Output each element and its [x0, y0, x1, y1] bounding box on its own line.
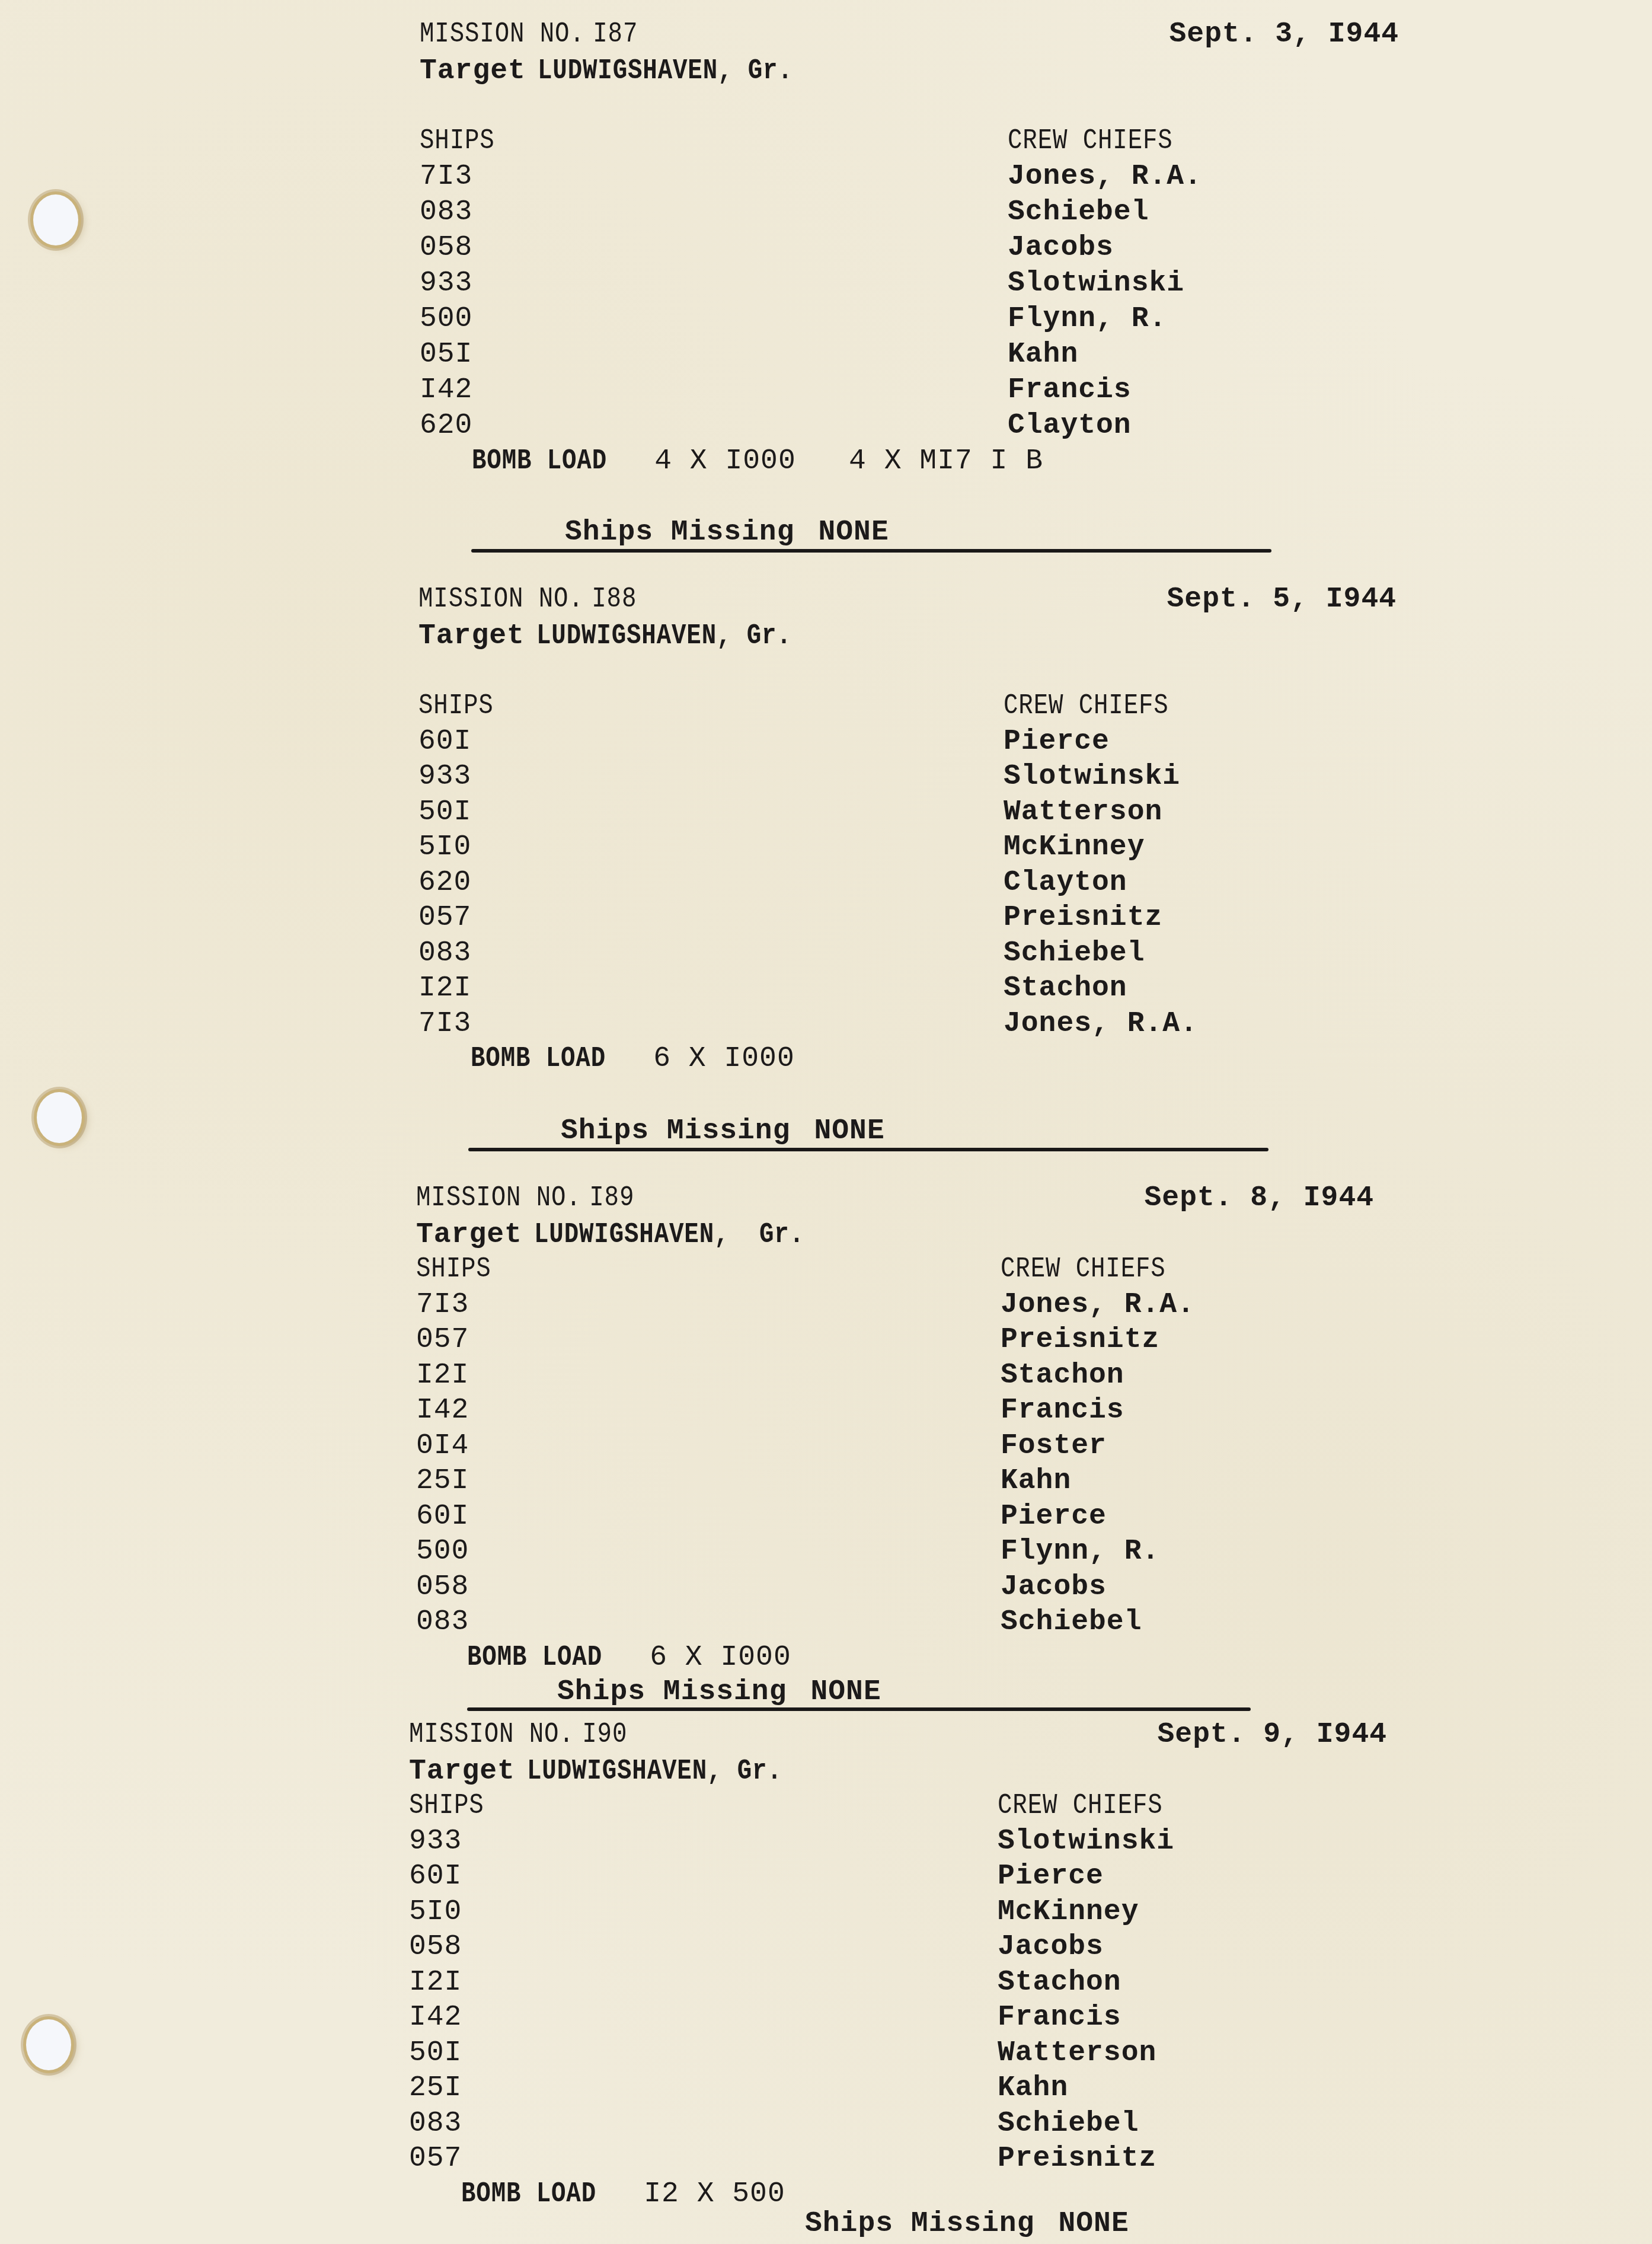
- ship-number: 50I: [409, 2036, 462, 2070]
- crew-chief-name: Preisnitz: [1001, 1323, 1159, 1356]
- section-divider: [471, 549, 1271, 553]
- crew-chief-name: Francis: [1001, 1394, 1124, 1427]
- crew-chief-name: Jones, R.A.: [1008, 160, 1202, 193]
- crew-chief-name: Jacobs: [1008, 231, 1114, 264]
- crew-chief-name: Watterson: [1004, 796, 1162, 829]
- ship-number: 083: [416, 1605, 469, 1639]
- crew-chief-name: Stachon: [998, 1966, 1121, 1999]
- mission-number: I90: [582, 1719, 627, 1751]
- ship-number: 7I3: [416, 1288, 469, 1321]
- ship-number: 7I3: [420, 160, 472, 193]
- bomb-load-label: BOMB LOAD: [461, 2178, 596, 2211]
- ship-number: 60I: [416, 1500, 469, 1533]
- ships-column-header: SHIPS: [418, 690, 494, 723]
- mission-label: MISSION NO.: [420, 18, 585, 50]
- target-line: TargetLUDWIGSHAVEN, Gr.: [418, 620, 837, 653]
- crew-chief-name: Slotwinski: [1004, 760, 1180, 793]
- target-label: Target: [409, 1755, 515, 1787]
- ships-column-header: SHIPS: [420, 125, 495, 158]
- crew-chief-name: Schiebel: [1001, 1605, 1142, 1639]
- bomb-load-value: I2 X 500: [644, 2178, 785, 2210]
- mission-number: I89: [589, 1182, 634, 1214]
- ship-number: I42: [416, 1394, 469, 1427]
- mission-header: MISSION NO.I89: [416, 1182, 634, 1215]
- ships-missing-label: Ships Missing: [557, 1676, 787, 1708]
- ship-number: 057: [409, 2142, 462, 2175]
- crew-chief-name: Watterson: [998, 2036, 1156, 2070]
- crew-chief-name: Clayton: [1004, 866, 1127, 899]
- ship-number: 05I: [420, 338, 472, 371]
- ship-number: 057: [416, 1323, 469, 1356]
- crew-chief-name: Francis: [998, 2001, 1121, 2034]
- ships-column-header: SHIPS: [409, 1789, 484, 1822]
- binder-hole-bottom: [26, 2019, 71, 2070]
- ship-number: 058: [420, 231, 472, 264]
- mission-date: Sept. 5, I944: [1167, 583, 1397, 616]
- ship-number: 058: [416, 1571, 469, 1604]
- crew-chiefs-column-header: CREW CHIEFS: [1008, 125, 1173, 158]
- crew-chief-name: Slotwinski: [1008, 267, 1184, 300]
- ship-number: I2I: [418, 972, 471, 1005]
- crew-chief-name: Pierce: [1001, 1500, 1107, 1533]
- crew-chief-name: Jacobs: [998, 1930, 1104, 1964]
- mission-date: Sept. 3, I944: [1169, 18, 1399, 51]
- crew-chief-name: McKinney: [998, 1895, 1139, 1929]
- ship-number: 620: [420, 409, 472, 442]
- target-value: LUDWIGSHAVEN, Gr.: [536, 620, 792, 653]
- ships-missing-line: Ships MissingNONE: [565, 516, 889, 549]
- crew-chief-name: Schiebel: [1004, 937, 1145, 970]
- ships-missing-label: Ships Missing: [561, 1115, 790, 1147]
- crew-chief-name: Preisnitz: [998, 2142, 1156, 2175]
- crew-chief-name: Slotwinski: [998, 1825, 1174, 1858]
- crew-chief-name: Schiebel: [998, 2107, 1139, 2140]
- crew-chiefs-column-header: CREW CHIEFS: [1004, 690, 1169, 723]
- bomb-load-label: BOMB LOAD: [467, 1641, 602, 1674]
- target-line: TargetLUDWIGSHAVEN, Gr.: [416, 1218, 852, 1252]
- ships-missing-label: Ships Missing: [565, 516, 794, 548]
- ship-number: 5I0: [409, 1895, 462, 1929]
- ship-number: 50I: [418, 796, 471, 829]
- ship-number: 60I: [418, 725, 471, 758]
- bomb-load-label: BOMB LOAD: [472, 445, 607, 478]
- crew-chiefs-column-header: CREW CHIEFS: [1001, 1253, 1166, 1286]
- ship-number: 083: [418, 937, 471, 970]
- target-label: Target: [416, 1219, 522, 1251]
- mission-date: Sept. 9, I944: [1158, 1718, 1387, 1751]
- target-line: TargetLUDWIGSHAVEN, Gr.: [409, 1755, 827, 1788]
- ships-missing-value: NONE: [818, 516, 889, 548]
- ships-missing-line: Ships MissingNONE: [561, 1115, 885, 1148]
- bomb-load-label: BOMB LOAD: [471, 1042, 606, 1075]
- ship-number: 933: [418, 760, 471, 793]
- ship-number: 933: [420, 267, 472, 300]
- mission-label: MISSION NO.: [409, 1719, 574, 1751]
- bomb-load-line: BOMB LOAD4 X I000 4 X MI7 I B: [472, 445, 1043, 478]
- crew-chief-name: Stachon: [1001, 1359, 1124, 1392]
- crew-chief-name: Pierce: [998, 1860, 1104, 1893]
- binder-hole-top: [33, 194, 78, 245]
- bomb-load-line: BOMB LOAD6 X I000: [467, 1641, 791, 1674]
- crew-chief-name: Jones, R.A.: [1004, 1007, 1198, 1040]
- ships-column-header: SHIPS: [416, 1253, 491, 1286]
- ship-number: 500: [420, 302, 472, 336]
- mission-label: MISSION NO.: [416, 1182, 581, 1214]
- ship-number: 7I3: [418, 1007, 471, 1040]
- ships-missing-label: Ships Missing: [805, 2208, 1034, 2240]
- crew-chief-name: Kahn: [998, 2071, 1068, 2105]
- bomb-load-value: 6 X I000: [650, 1642, 791, 1674]
- crew-chief-name: Jacobs: [1001, 1571, 1107, 1604]
- ship-number: I42: [420, 374, 472, 407]
- section-divider: [467, 1707, 1251, 1711]
- ship-number: 083: [409, 2107, 462, 2140]
- mission-label: MISSION NO.: [418, 583, 584, 615]
- crew-chief-name: Stachon: [1004, 972, 1127, 1005]
- target-value: LUDWIGSHAVEN, Gr.: [527, 1755, 782, 1788]
- crew-chief-name: Schiebel: [1008, 196, 1149, 229]
- crew-chief-name: Kahn: [1001, 1464, 1071, 1498]
- ship-number: 933: [409, 1825, 462, 1858]
- ships-missing-line: Ships MissingNONE: [805, 2207, 1129, 2240]
- ships-missing-line: Ships MissingNONE: [557, 1675, 881, 1709]
- section-divider: [468, 1148, 1268, 1151]
- target-label: Target: [420, 55, 526, 87]
- crew-chiefs-column-header: CREW CHIEFS: [998, 1789, 1163, 1822]
- mission-header: MISSION NO.I88: [418, 583, 637, 616]
- target-value: LUDWIGSHAVEN, Gr.: [538, 55, 793, 88]
- bomb-load-value: 4 X I000 4 X MI7 I B: [654, 445, 1043, 477]
- ships-missing-value: NONE: [814, 1115, 884, 1147]
- crew-chief-name: Francis: [1008, 374, 1132, 407]
- ship-number: I2I: [409, 1966, 462, 1999]
- mission-header: MISSION NO.I87: [420, 18, 638, 51]
- crew-chief-name: Foster: [1001, 1429, 1107, 1463]
- crew-chief-name: Flynn, R.: [1008, 302, 1167, 336]
- bomb-load-line: BOMB LOAD6 X I000: [471, 1042, 795, 1075]
- ship-number: 057: [418, 901, 471, 934]
- ship-number: 0I4: [416, 1429, 469, 1463]
- mission-number: I88: [592, 583, 637, 615]
- ships-missing-value: NONE: [1058, 2208, 1129, 2240]
- crew-chief-name: Jones, R.A.: [1001, 1288, 1195, 1321]
- crew-chief-name: Pierce: [1004, 725, 1110, 758]
- ship-number: 5I0: [418, 831, 471, 864]
- ship-number: 25I: [416, 1464, 469, 1498]
- target-value: LUDWIGSHAVEN, Gr.: [534, 1218, 804, 1252]
- crew-chief-name: Flynn, R.: [1001, 1535, 1159, 1568]
- ships-missing-value: NONE: [810, 1676, 881, 1708]
- ship-number: 083: [420, 196, 472, 229]
- ship-number: I42: [409, 2001, 462, 2034]
- binder-hole-middle: [37, 1092, 82, 1143]
- mission-header: MISSION NO.I90: [409, 1718, 627, 1751]
- bomb-load-value: 6 X I000: [653, 1043, 794, 1075]
- ship-number: I2I: [416, 1359, 469, 1392]
- ship-number: 058: [409, 1930, 462, 1964]
- crew-chief-name: Kahn: [1008, 338, 1078, 371]
- bomb-load-line: BOMB LOADI2 X 500: [461, 2178, 785, 2211]
- mission-number: I87: [593, 18, 638, 50]
- target-line: TargetLUDWIGSHAVEN, Gr.: [420, 55, 838, 88]
- crew-chief-name: Clayton: [1008, 409, 1132, 442]
- ship-number: 620: [418, 866, 471, 899]
- mission-date: Sept. 8, I944: [1145, 1182, 1374, 1215]
- ship-number: 500: [416, 1535, 469, 1568]
- crew-chief-name: Preisnitz: [1004, 901, 1162, 934]
- ship-number: 25I: [409, 2071, 462, 2105]
- target-label: Target: [418, 620, 525, 652]
- ship-number: 60I: [409, 1860, 462, 1893]
- crew-chief-name: McKinney: [1004, 831, 1145, 864]
